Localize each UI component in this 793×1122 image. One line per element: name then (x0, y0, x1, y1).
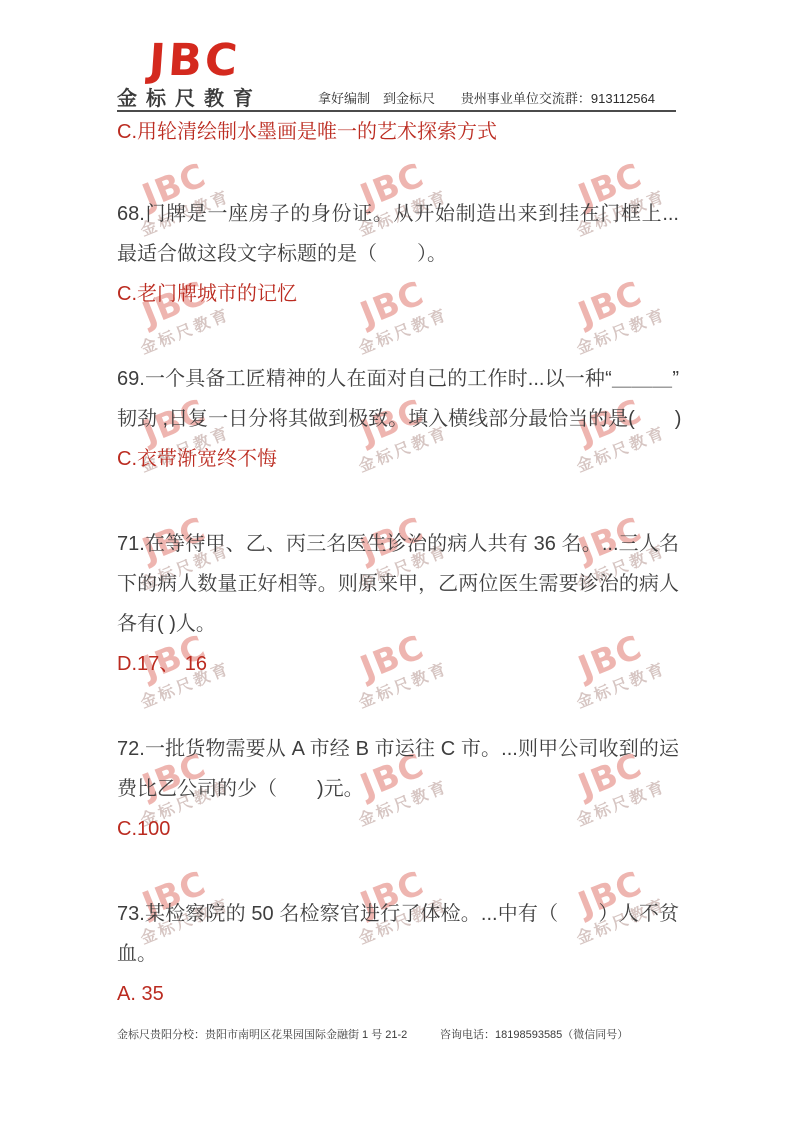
jbc-logo: JBC 金标尺教育 (117, 44, 262, 111)
page-header: JBC 金标尺教育 拿好编制 到金标尺 贵州事业单位交流群：913112564 (117, 0, 679, 112)
question-block: 71.在等待甲、乙、丙三名医生诊治的病人共有 36 名。...三人名下的病人数量… (117, 524, 679, 684)
question-text: 73.某检察院的 50 名检察官进行了体检。...中有（ ）人不贫血。 (117, 894, 679, 974)
question-block: 72.一批货物需要从 A 市经 B 市运往 C 市。...则甲公司收到的运费比乙… (117, 729, 679, 849)
answer-text: C.衣带渐宽终不悔 (117, 439, 679, 479)
question-text: 68.门牌是一座房子的身份证。从开始制造出来到挂在门框上...最适合做这段文字标… (117, 194, 679, 274)
answer-text: C.用轮清绘制水墨画是唯一的艺术探索方式 (117, 112, 679, 152)
question-block: 69.一个具备工匠精神的人在面对自己的工作时...以一种“＿＿＿”韧劲 ,日复一… (117, 359, 679, 479)
footer-branch-address: 金标尺贵阳分校：贵阳市南明区花果园国际金融街 1 号 21-2 (117, 1026, 407, 1042)
question-text-line: 下的病人数量正好相等。则原来甲，乙两位医生需要诊治的病人 (117, 564, 679, 604)
header-group-info: 贵州事业单位交流群：913112564 (461, 88, 655, 107)
question-text-line: 69.一个具备工匠精神的人在面对自己的工作时...以一种“＿＿＿” (117, 359, 679, 399)
answer-text: C.老门牌城市的记忆 (117, 274, 679, 314)
question-text-line: 各有( )人。 (117, 604, 679, 644)
header-divider (117, 110, 676, 112)
footer-phone: 咨询电话：18198593585（微信同号） (440, 1026, 628, 1042)
document-page: JBC金标尺教育JBC金标尺教育JBC金标尺教育JBC金标尺教育JBC金标尺教育… (0, 0, 793, 1122)
question-text-line: 73.某检察院的 50 名检察官进行了体检。...中有（ ）人不贫 (117, 894, 679, 934)
question-block: 68.门牌是一座房子的身份证。从开始制造出来到挂在门框上...最适合做这段文字标… (117, 194, 679, 314)
question-text-line: 血。 (117, 934, 679, 974)
answer-text: D.17、 16 (117, 644, 679, 684)
jbc-logo-mark: JBC (148, 44, 263, 78)
question-text-line: 韧劲 ,日复一日分将其做到极致。填入横线部分最恰当的是( ) (117, 399, 679, 439)
questions: 68.门牌是一座房子的身份证。从开始制造出来到挂在门框上...最适合做这段文字标… (117, 194, 679, 1014)
question-text: 72.一批货物需要从 A 市经 B 市运往 C 市。...则甲公司收到的运费比乙… (117, 729, 679, 809)
question-text: 69.一个具备工匠精神的人在面对自己的工作时...以一种“＿＿＿”韧劲 ,日复一… (117, 359, 679, 439)
question-text-line: 68.门牌是一座房子的身份证。从开始制造出来到挂在门框上... (117, 194, 679, 234)
answer-text: C.100 (117, 809, 679, 849)
question-text-line: 费比乙公司的少（ )元。 (117, 769, 679, 809)
content-column: JBC 金标尺教育 拿好编制 到金标尺 贵州事业单位交流群：913112564 … (117, 0, 679, 1014)
question-text-line: 最适合做这段文字标题的是（ ）。 (117, 234, 679, 274)
question-text-line: 71.在等待甲、乙、丙三名医生诊治的病人共有 36 名。...三人名 (117, 524, 679, 564)
question-block: 73.某检察院的 50 名检察官进行了体检。...中有（ ）人不贫血。 A. 3… (117, 894, 679, 1014)
answer-text: A. 35 (117, 974, 679, 1014)
header-tagline: 拿好编制 到金标尺 (318, 88, 435, 107)
question-text-line: 72.一批货物需要从 A 市经 B 市运往 C 市。...则甲公司收到的运 (117, 729, 679, 769)
question-text: 71.在等待甲、乙、丙三名医生诊治的病人共有 36 名。...三人名下的病人数量… (117, 524, 679, 644)
jbc-logo-name: 金标尺教育 (117, 82, 262, 111)
